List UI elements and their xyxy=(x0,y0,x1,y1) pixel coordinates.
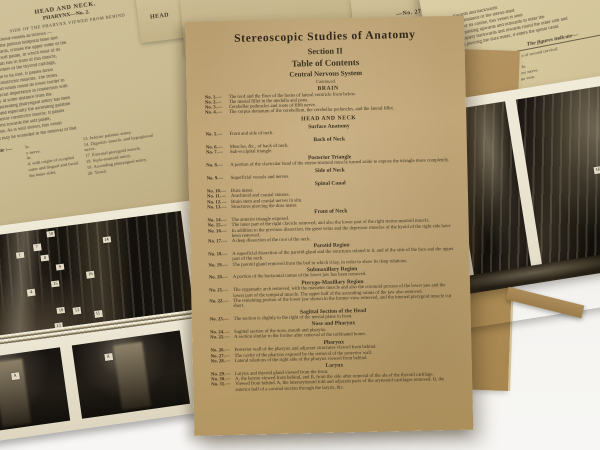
toc-item-number: No. 23.— xyxy=(210,317,234,323)
toc-item-number: No. 4.— xyxy=(205,110,229,116)
toc-list: BRAINNo. 1.—The roof and the floor of th… xyxy=(197,82,463,393)
photo-number-tag: 8 xyxy=(41,254,50,261)
toc-item-number: No. 13.— xyxy=(207,205,231,211)
top-edge-left-header: HEAD xyxy=(150,12,170,20)
photo-number-tag: 4 xyxy=(27,289,36,296)
photo-number-tag: 1 xyxy=(15,252,24,259)
toc-item-number: No. 19.— xyxy=(208,263,232,269)
photo-number-tag: 15 xyxy=(51,280,60,287)
photo-number-tag: 7 xyxy=(32,244,41,251)
toc-item-number: No. 9.— xyxy=(207,176,231,182)
toc-item-number: No. 31.— xyxy=(211,382,235,388)
toc-item-number: No. 8.— xyxy=(206,163,230,169)
photo-number-tag: 18 xyxy=(57,306,66,313)
left-stereo-panel-a: A xyxy=(0,347,70,435)
toc-item-number: No. 22.— xyxy=(209,299,233,305)
photo-number-tag: 16 xyxy=(86,271,95,278)
specimen-silhouette xyxy=(0,359,31,427)
specimen-silhouette xyxy=(114,342,151,410)
photo-number-tag: 12 xyxy=(73,307,82,314)
toc-item-number: No. 5.— xyxy=(206,132,230,138)
right-photo-right: 161181294 xyxy=(516,80,600,270)
toc-item-number: No. 21.— xyxy=(209,288,233,294)
left-stereo-panel-b: A xyxy=(72,330,190,418)
toc-item-number: No. 17.— xyxy=(208,239,232,245)
toc-item-number: No. 18.— xyxy=(208,252,232,258)
toc-item-number: No. 20.— xyxy=(209,275,233,281)
toc-item-number: No. 25.— xyxy=(210,335,234,341)
table-of-contents-card: Stereoscopic Studies of Anatomy Section … xyxy=(185,16,473,436)
photo-number-tag: 11 xyxy=(94,310,103,317)
toc-item-number: No. 7.— xyxy=(206,150,230,156)
photo-number-tag: 16 xyxy=(593,166,600,174)
photo-number-tag: 10 xyxy=(47,230,56,237)
photo-number-tag: 9 xyxy=(56,264,65,271)
photo-number-tag: A xyxy=(11,372,20,380)
photograph-of-anatomy-cards: HEAD AND NECK. PHARYNX—No. 2. SIDE OF TH… xyxy=(0,0,600,450)
left-page-figures-right: 13. Inferior palatine artery.14. Digastr… xyxy=(83,126,158,177)
left-page-figures-left: le.y nerve.in.d, with origin of occipita… xyxy=(25,137,81,185)
photo-number-tag: 14 xyxy=(102,236,111,243)
toc-item-number: No. 28.— xyxy=(211,359,235,365)
photo-number-tag: A xyxy=(104,353,113,361)
toc-item-number: No. 16.— xyxy=(208,229,232,235)
